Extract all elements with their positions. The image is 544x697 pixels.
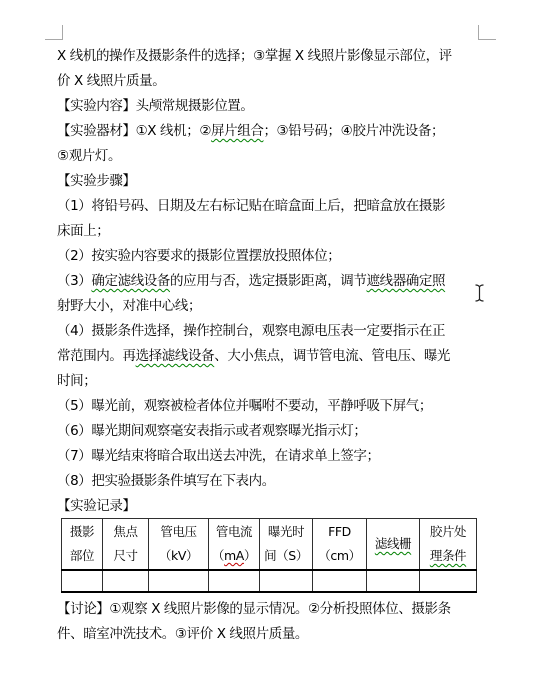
text-segment: 选择滤线设备 — [136, 348, 215, 364]
text-segment: 【实验步骤】 — [57, 173, 136, 189]
text-segment: 【实验记录】 — [57, 498, 136, 514]
header-text: 摄影 — [62, 520, 102, 544]
data-cell-exposure-time[interactable] — [260, 570, 313, 592]
header-text: （kV） — [149, 544, 208, 568]
paren: （ — [212, 548, 224, 563]
text-line[interactable]: 【实验步骤】 — [57, 169, 483, 194]
header-text: （cm） — [313, 544, 366, 568]
text-segment: 射野大小，对准中心线； — [57, 298, 201, 314]
text-segment: （6）曝光期间观察毫安表指示或者观察曝光指示灯； — [57, 423, 367, 439]
table-data-row — [62, 570, 477, 592]
text-line[interactable]: （4）摄影条件选择，操作控制台，观察电源电压表一定要指示在正 — [57, 319, 483, 344]
text-segment: 价 X 线照片质量。 — [57, 73, 165, 89]
data-cell-tube-voltage[interactable] — [149, 570, 209, 592]
text-line[interactable]: （6）曝光期间观察毫安表指示或者观察曝光指示灯； — [57, 419, 483, 444]
text-segment: 常范围内。再 — [57, 348, 136, 364]
header-text: 理条件 — [430, 548, 466, 563]
text-segment: ；③铅号码；④胶片冲洗设备； — [263, 123, 444, 139]
text-segment: ⑤观片灯。 — [57, 148, 121, 164]
text-segment: 屏片组合 — [211, 123, 263, 139]
page-margin-mark-top-left — [45, 25, 63, 40]
header-text: 滤线栅 — [375, 536, 411, 551]
paren: ） — [244, 548, 256, 563]
header-cell-ffd: FFD （cm） — [313, 519, 367, 571]
text-segment: （7）曝光结束将暗合取出送去冲洗，在请求单上签字； — [57, 448, 380, 464]
text-segment: （5）曝光前，观察被检者体位并嘱咐不要动，平静呼吸下屏气； — [57, 398, 432, 414]
text-segment: 【实验器材】①X 线机；② — [57, 123, 211, 139]
header-text: 胶片处 — [420, 520, 476, 544]
data-cell-body-part[interactable] — [62, 570, 103, 592]
text-segment: X 线机的操作及摄影条件的选择；③掌握 X 线照片影像显示部位，评 — [57, 48, 452, 64]
table-header-row: 摄影 部位 焦点 尺寸 管电压 （kV） 管电流 （mA） 曝光时 间（S） F… — [62, 519, 477, 571]
text-line[interactable]: （7）曝光结束将暗合取出送去冲洗，在请求单上签字； — [57, 444, 483, 469]
text-line[interactable]: （2）按实验内容要求的摄影位置摆放投照体位； — [57, 244, 483, 269]
text-segment: 【实验内容】头颅常规摄影位置。 — [57, 98, 254, 114]
text-line[interactable]: 【实验内容】头颅常规摄影位置。 — [57, 94, 483, 119]
text-line[interactable]: （3）确定滤线设备的应用与否，选定摄影距离，调节遮线器确定照 — [57, 269, 483, 294]
experiment-record-table[interactable]: 摄影 部位 焦点 尺寸 管电压 （kV） 管电流 （mA） 曝光时 间（S） F… — [61, 518, 477, 593]
text-segment: （4）摄影条件选择，操作控制台，观察电源电压表一定要指示在正 — [57, 323, 445, 339]
text-line[interactable]: 时间； — [57, 369, 483, 394]
header-cell-film-processing: 胶片处 理条件 — [420, 519, 477, 571]
text-segment: （2）按实验内容要求的摄影位置摆放投照体位； — [57, 248, 340, 264]
text-line[interactable]: 床面上； — [57, 219, 483, 244]
header-text: 管电压 — [149, 520, 208, 544]
header-cell-tube-current: 管电流 （mA） — [209, 519, 260, 571]
text-line[interactable]: （8）把实验摄影条件填写在下表内。 — [57, 469, 483, 494]
data-cell-film-processing[interactable] — [420, 570, 477, 592]
header-cell-body-part: 摄影 部位 — [62, 519, 103, 571]
text-line[interactable]: 【讨论】①观察 X 线照片影像的显示情况。②分析投照体位、摄影条 — [57, 597, 483, 622]
unit-ma: mA — [224, 548, 244, 563]
header-cell-focus-size: 焦点 尺寸 — [103, 519, 149, 571]
text-line[interactable]: 【实验器材】①X 线机；②屏片组合；③铅号码；④胶片冲洗设备； — [57, 119, 483, 144]
text-segment: （3） — [57, 273, 91, 289]
header-cell-exposure-time: 曝光时 间（S） — [260, 519, 313, 571]
text-line[interactable]: 件、暗室冲洗技术。③评价 X 线照片质量。 — [57, 622, 483, 647]
header-text: 焦点 — [103, 520, 148, 544]
text-segment: 确定滤线设备 — [91, 273, 170, 289]
text-line[interactable]: ⑤观片灯。 — [57, 144, 483, 169]
text-segment: （8）把实验摄影条件填写在下表内。 — [57, 473, 275, 489]
text-segment: 件、暗室冲洗技术。③评价 X 线照片质量。 — [57, 626, 308, 642]
page-margin-mark-top-right — [478, 25, 496, 40]
text-segment: （1）将铅号码、日期及左右标记贴在暗盒面上后，把暗盒放在摄影 — [57, 198, 445, 214]
data-cell-tube-current[interactable] — [209, 570, 260, 592]
header-text: 管电流 — [209, 520, 259, 544]
text-line[interactable]: X 线机的操作及摄影条件的选择；③掌握 X 线照片影像显示部位，评 — [57, 44, 483, 69]
header-cell-tube-voltage: 管电压 （kV） — [149, 519, 209, 571]
text-line[interactable]: 价 X 线照片质量。 — [57, 69, 483, 94]
word-document-page[interactable]: { "colors": { "page_bg": "#ffffff", "tex… — [0, 0, 544, 697]
header-text: （mA） — [209, 544, 259, 568]
text-segment: 遮线器确定照 — [367, 273, 446, 289]
document-text[interactable]: X 线机的操作及摄影条件的选择；③掌握 X 线照片影像显示部位，评价 X 线照片… — [57, 44, 483, 519]
header-text: 间（S） — [260, 544, 312, 568]
text-line[interactable]: 射野大小，对准中心线； — [57, 294, 483, 319]
text-line[interactable]: （5）曝光前，观察被检者体位并嘱咐不要动，平静呼吸下屏气； — [57, 394, 483, 419]
header-text: 尺寸 — [103, 544, 148, 568]
header-cell-grid: 滤线栅 — [367, 519, 420, 571]
text-line[interactable]: 【实验记录】 — [57, 494, 483, 519]
text-line[interactable]: 常范围内。再选择滤线设备、大小焦点，调节管电流、管电压、曝光 — [57, 344, 483, 369]
discussion-text[interactable]: 【讨论】①观察 X 线照片影像的显示情况。②分析投照体位、摄影条件、暗室冲洗技术… — [57, 597, 483, 647]
header-text: 曝光时 — [260, 520, 312, 544]
text-line[interactable]: （1）将铅号码、日期及左右标记贴在暗盒面上后，把暗盒放在摄影 — [57, 194, 483, 219]
text-segment: 时间； — [57, 373, 96, 389]
text-segment: 【讨论】①观察 X 线照片影像的显示情况。②分析投照体位、摄影条 — [57, 601, 451, 617]
header-text: 部位 — [62, 544, 102, 568]
data-cell-grid[interactable] — [367, 570, 420, 592]
text-segment: 的应用与否，选定摄影距离，调节 — [170, 273, 367, 289]
data-cell-focus-size[interactable] — [103, 570, 149, 592]
header-text: FFD — [313, 520, 366, 544]
data-cell-ffd[interactable] — [313, 570, 367, 592]
text-segment: 床面上； — [57, 223, 109, 239]
text-segment: 、大小焦点，调节管电流、管电压、曝光 — [214, 348, 450, 364]
i-beam-cursor-icon — [474, 284, 485, 306]
